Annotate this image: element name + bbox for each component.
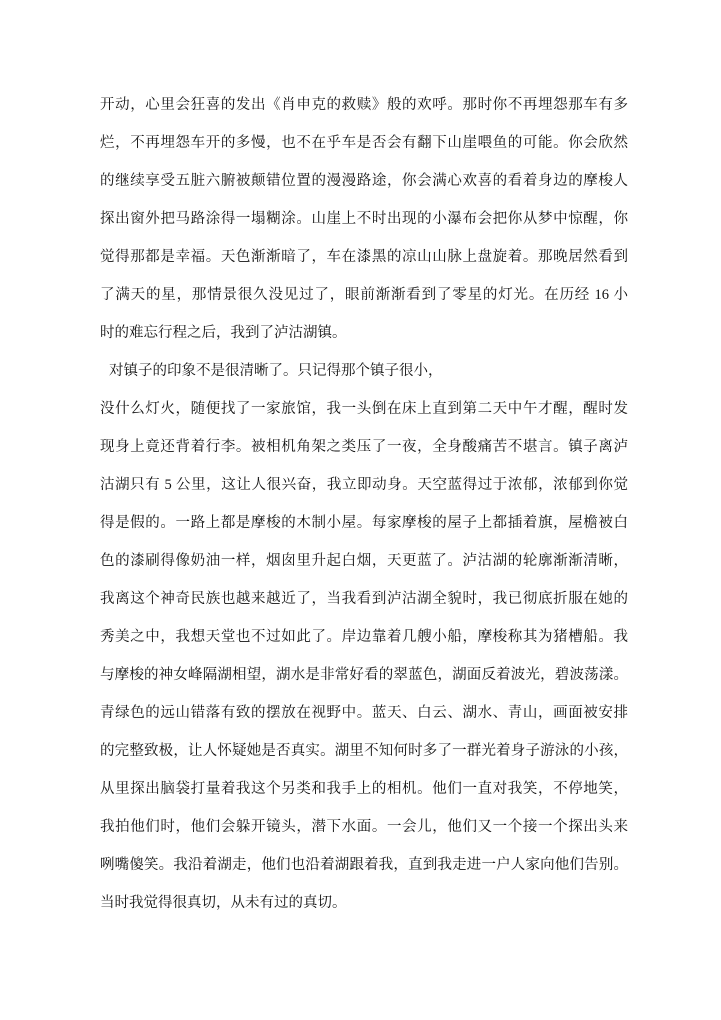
text-line: 的继续享受五脏六腑被颠错位置的漫漫路途，你会满心欢喜的看着身边的摩梭人 (100, 162, 628, 200)
text-line: 色的漆刷得像奶油一样，烟囱里升起白烟，天更蓝了。泸沽湖的轮廓渐渐清晰， (100, 542, 628, 580)
text-line: 咧嘴傻笑。我沿着湖走，他们也沿着湖跟着我，直到我走进一户人家向他们告别。 (100, 846, 628, 884)
text-line: 了满天的星，那情景很久没见过了，眼前渐渐看到了零星的灯光。在历经 16 小 (100, 276, 628, 314)
document-page: 开动，心里会狂喜的发出《肖申克的救赎》般的欢呼。那时你不再埋怨那车有多烂，不再埋… (0, 0, 721, 1020)
text-line: 对镇子的印象不是很清晰了。只记得那个镇子很小， (100, 352, 628, 390)
text-line: 与摩梭的神女峰隔湖相望，湖水是非常好看的翠蓝色，湖面反着波光，碧波荡漾。 (100, 656, 628, 694)
text-line: 觉得那都是幸福。天色渐渐暗了，车在漆黑的凉山山脉上盘旋着。那晚居然看到 (100, 238, 628, 276)
text-line: 探出窗外把马路涂得一塌糊涂。山崖上不时出现的小瀑布会把你从梦中惊醒，你 (100, 200, 628, 238)
text-line: 我拍他们时，他们会躲开镜头，潜下水面。一会儿，他们又一个接一个探出头来 (100, 808, 628, 846)
text-line: 从里探出脑袋打量着我这个另类和我手上的相机。他们一直对我笑，不停地笑， (100, 770, 628, 808)
text-line: 青绿色的远山错落有致的摆放在视野中。蓝天、白云、湖水、青山，画面被安排 (100, 694, 628, 732)
text-line: 当时我觉得很真切，从未有过的真切。 (100, 884, 628, 922)
text-line: 现身上竟还背着行李。被相机角架之类压了一夜，全身酸痛苦不堪言。镇子离泸 (100, 428, 628, 466)
text-line: 的完整致极，让人怀疑她是否真实。湖里不知何时多了一群光着身子游泳的小孩， (100, 732, 628, 770)
text-line: 得是假的。一路上都是摩梭的木制小屋。每家摩梭的屋子上都插着旗，屋檐被白 (100, 504, 628, 542)
text-line: 沽湖只有 5 公里，这让人很兴奋，我立即动身。天空蓝得过于浓郁，浓郁到你觉 (100, 466, 628, 504)
text-lines: 开动，心里会狂喜的发出《肖申克的救赎》般的欢呼。那时你不再埋怨那车有多烂，不再埋… (100, 86, 628, 922)
text-line: 没什么灯火，随便找了一家旅馆，我一头倒在床上直到第二天中午才醒，醒时发 (100, 390, 628, 428)
text-line: 烂，不再埋怨车开的多慢，也不在乎车是否会有翻下山崖喂鱼的可能。你会欣然 (100, 124, 628, 162)
text-line: 开动，心里会狂喜的发出《肖申克的救赎》般的欢呼。那时你不再埋怨那车有多 (100, 86, 628, 124)
text-line: 秀美之中，我想天堂也不过如此了。岸边靠着几艘小船，摩梭称其为猪槽船。我 (100, 618, 628, 656)
text-line: 我离这个神奇民族也越来越近了，当我看到泸沽湖全貌时，我已彻底折服在她的 (100, 580, 628, 618)
text-line: 时的难忘行程之后，我到了泸沽湖镇。 (100, 314, 628, 352)
